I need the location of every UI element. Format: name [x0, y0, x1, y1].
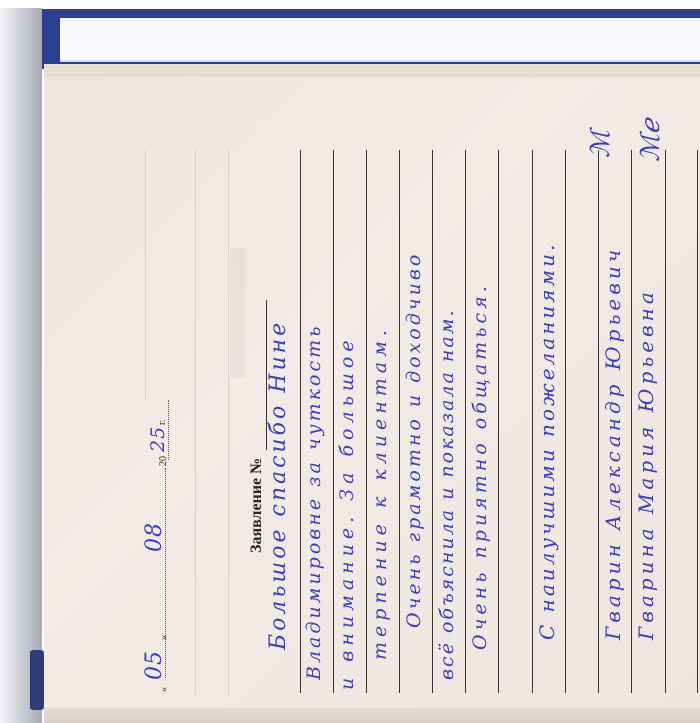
handwritten-line-11: Гварин Александр Юрьевич [601, 246, 625, 640]
date-close-quote: » [159, 635, 170, 640]
handwritten-line-7: Очень приятно общаться. [469, 282, 491, 650]
date-day: 05 [142, 650, 167, 680]
page-bottom-edge [44, 708, 700, 723]
ruled-line [399, 150, 400, 693]
handwritten-line-2: Владимировне за чуткость [303, 324, 325, 681]
signature-2: ℳℯ [636, 119, 666, 162]
date-day-month-underline [165, 468, 166, 678]
ruled-line [333, 150, 334, 693]
handwritten-line-3: и внимание. За большое [336, 335, 358, 690]
ruled-line [598, 150, 599, 693]
handwritten-line-6: всё объяснила и показала нам. [436, 308, 458, 680]
book-cover-corner [42, 9, 60, 69]
ruled-line [300, 150, 301, 693]
handwritten-line-4: терпение к клиентам. [369, 325, 391, 660]
ruled-line [432, 150, 433, 693]
ruled-line [498, 150, 499, 693]
ruled-line [465, 150, 466, 693]
ruled-line [697, 150, 698, 693]
bleed-through-line [228, 150, 229, 695]
scanner-edge [0, 8, 42, 723]
date-year-prefix: 20 [158, 456, 169, 466]
bleed-through-text [230, 248, 246, 378]
date-year-suffix: 25 [147, 426, 169, 452]
ruled-line [631, 150, 632, 693]
date-open-quote: « [159, 687, 170, 692]
ruled-line [532, 150, 533, 693]
date-month: 08 [142, 522, 167, 552]
ruled-line [665, 150, 666, 693]
book-endpaper [60, 18, 700, 62]
handwritten-line-1: Большое спасибо Нине [266, 320, 291, 650]
handwritten-line-9: С наилучшими пожеланиями. [535, 242, 559, 640]
book-spine [30, 650, 44, 710]
ruled-line [366, 150, 367, 693]
form-title: Заявление № [248, 458, 266, 553]
bleed-through-line [195, 150, 196, 695]
page-stack-edge [44, 64, 700, 78]
ruled-line [565, 150, 566, 693]
signature-1: ℳ [586, 130, 616, 158]
handwritten-line-5: Очень грамотно и доходчиво [403, 252, 425, 628]
bleed-through-line [145, 150, 146, 400]
date-year-mark: г. [157, 420, 168, 425]
handwritten-line-12: Гварина Мария Юрьевна [634, 288, 658, 640]
